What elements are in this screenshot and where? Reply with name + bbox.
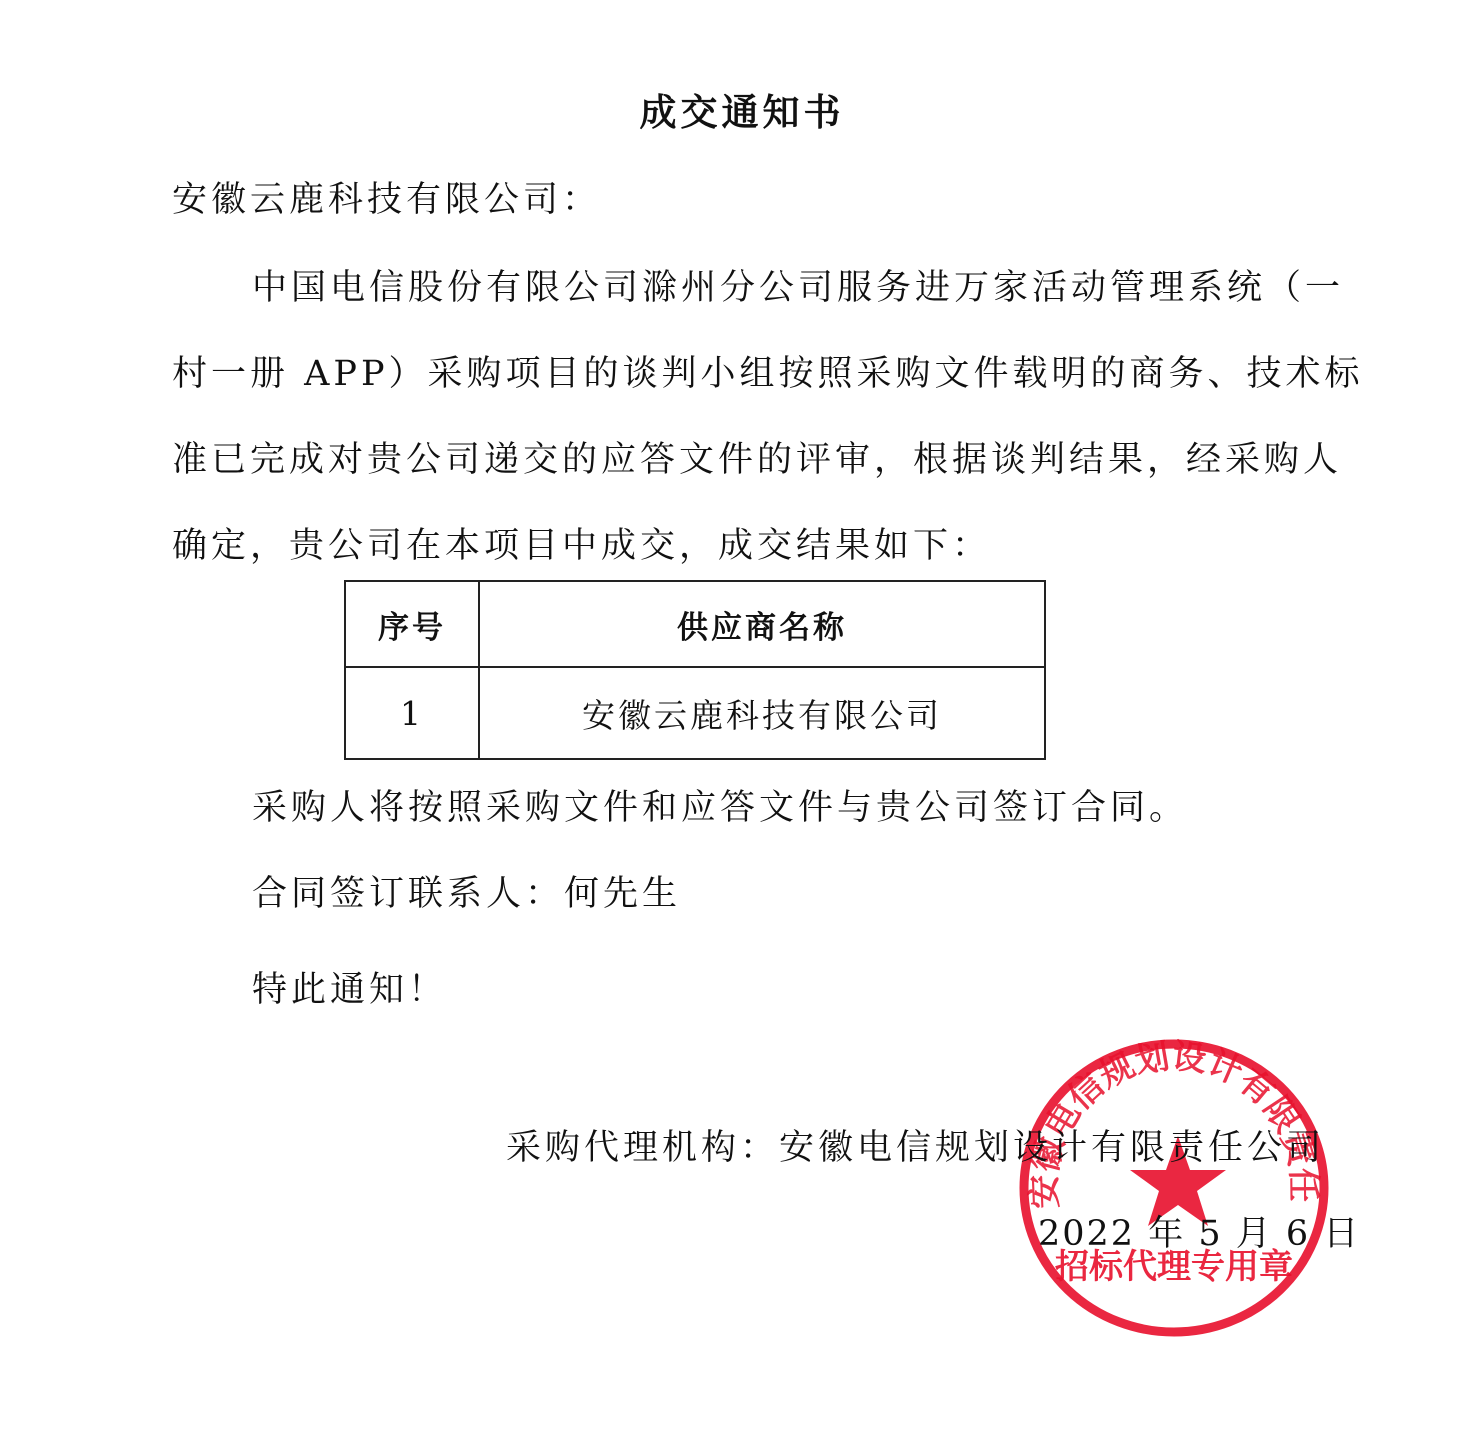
addressee: 安徽云鹿科技有限公司： [172, 172, 601, 222]
official-seal-icon: 安徽电信规划设计有限责任公司 招标代理专用章 [1018, 1038, 1330, 1338]
body-line-2: 村一册 APP）采购项目的谈判小组按照采购文件载明的商务、技术标 [172, 346, 1364, 396]
signature-date: 2022 年 5 月 6 日 [1038, 1206, 1360, 1256]
body-line-4: 确定，贵公司在本项目中成交，成交结果如下： [172, 518, 991, 568]
cell-index: 1 [345, 667, 479, 759]
cell-supplier: 安徽云鹿科技有限公司 [479, 667, 1045, 759]
table-row: 1 安徽云鹿科技有限公司 [345, 667, 1045, 759]
header-index: 序号 [345, 581, 479, 667]
notice-closing: 特此通知！ [252, 962, 447, 1012]
header-supplier: 供应商名称 [479, 581, 1045, 667]
agency-signature: 采购代理机构：安徽电信规划设计有限责任公司 [506, 1120, 1325, 1170]
contract-note: 采购人将按照采购文件和应答文件与贵公司签订合同。 [252, 780, 1188, 830]
document-title: 成交通知书 [0, 82, 1484, 136]
contact-person: 合同签订联系人：何先生 [252, 866, 681, 916]
result-table: 序号 供应商名称 1 安徽云鹿科技有限公司 [344, 580, 1046, 760]
body-line-1: 中国电信股份有限公司滁州分公司服务进万家活动管理系统（一 [252, 260, 1344, 310]
body-line-3: 准已完成对贵公司递交的应答文件的评审，根据谈判结果，经采购人 [172, 432, 1342, 482]
